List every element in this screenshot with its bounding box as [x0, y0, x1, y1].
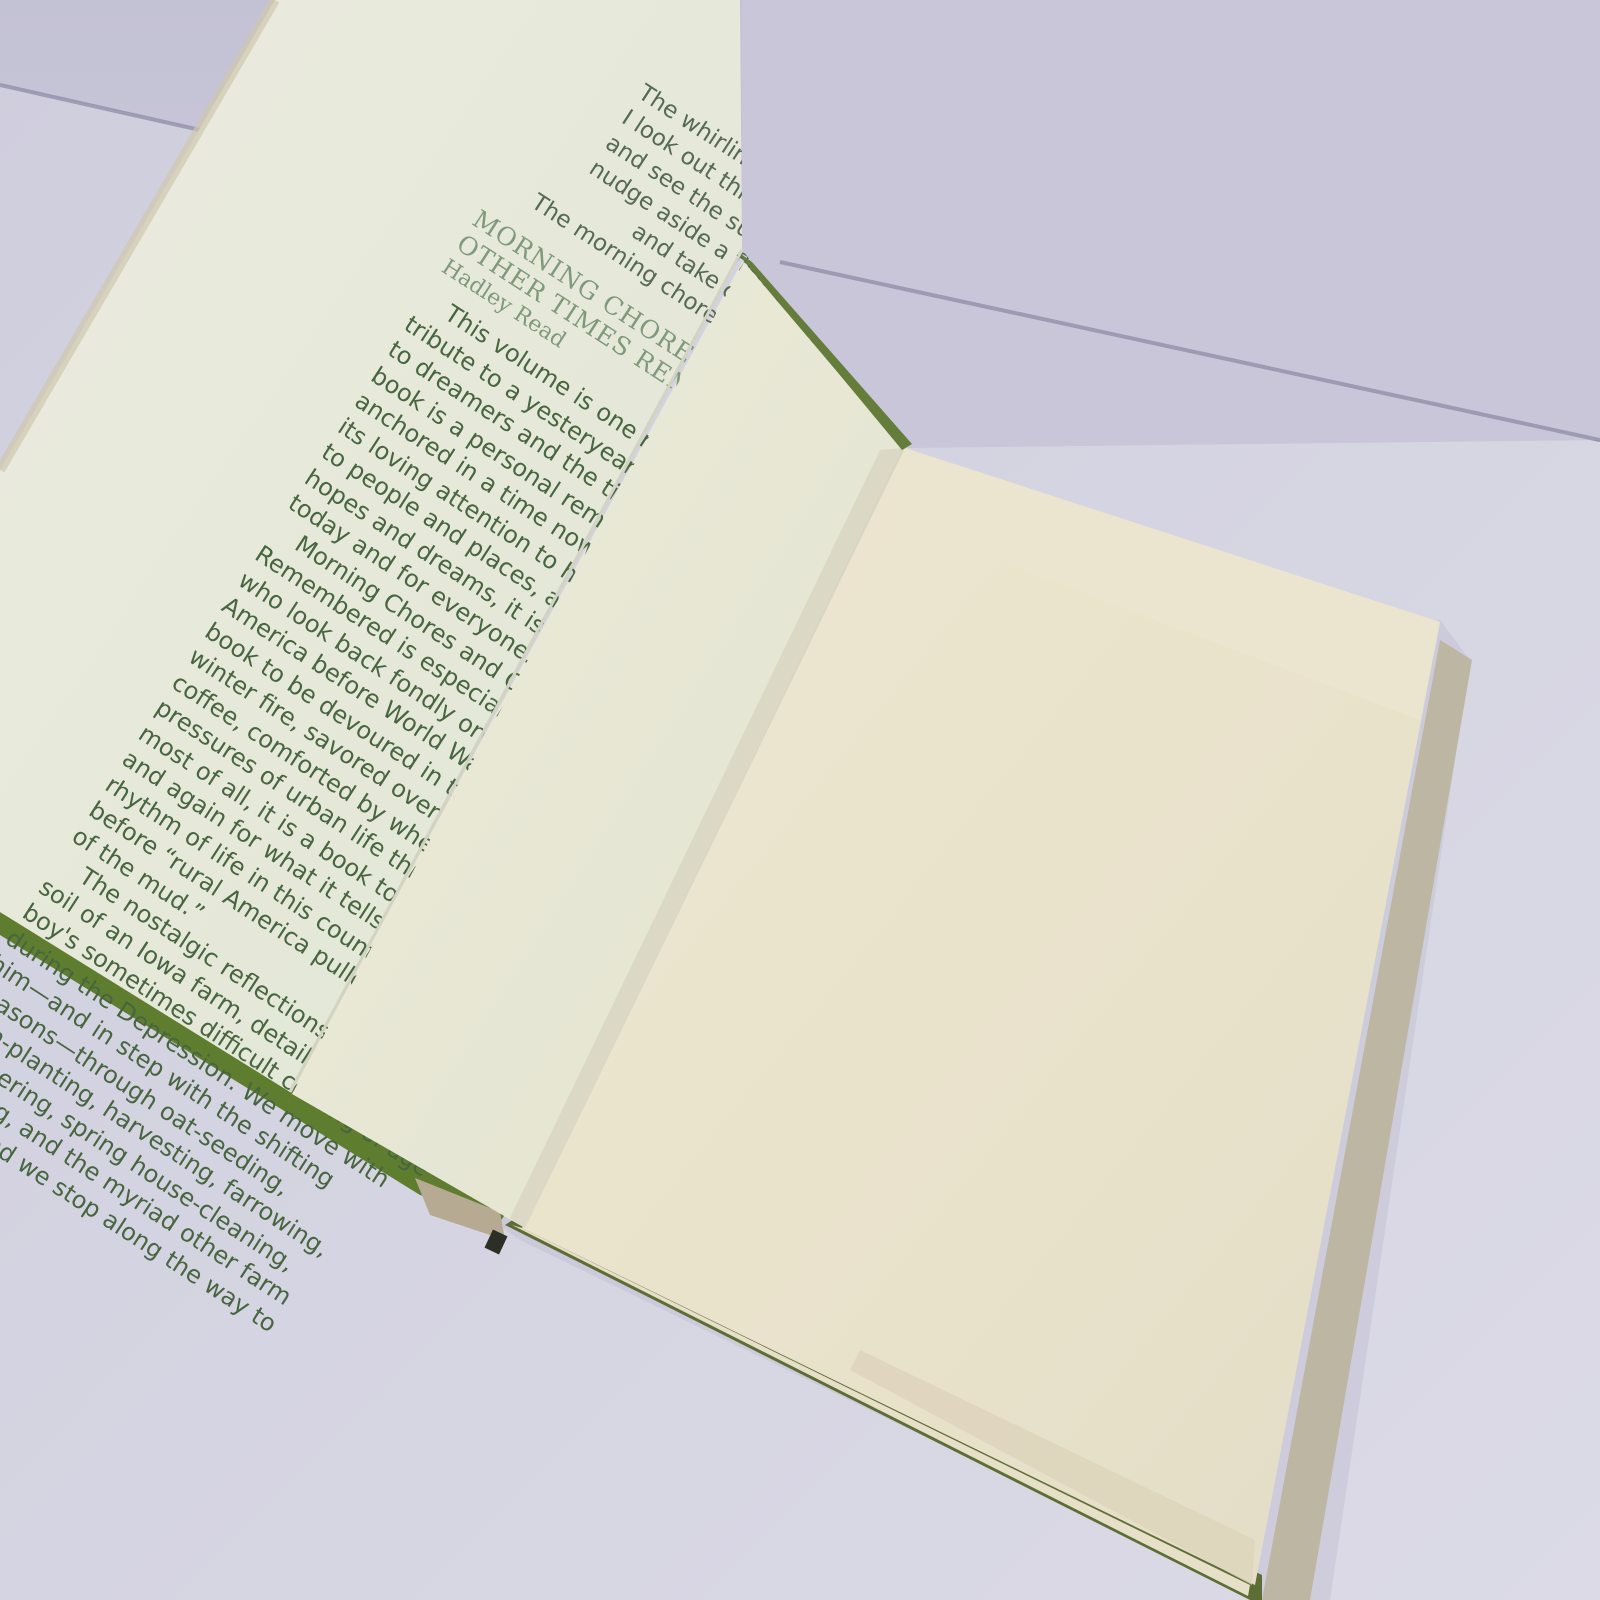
book-photo-scene: 0256 The whirling banshee stops its tune…: [0, 0, 1600, 1600]
